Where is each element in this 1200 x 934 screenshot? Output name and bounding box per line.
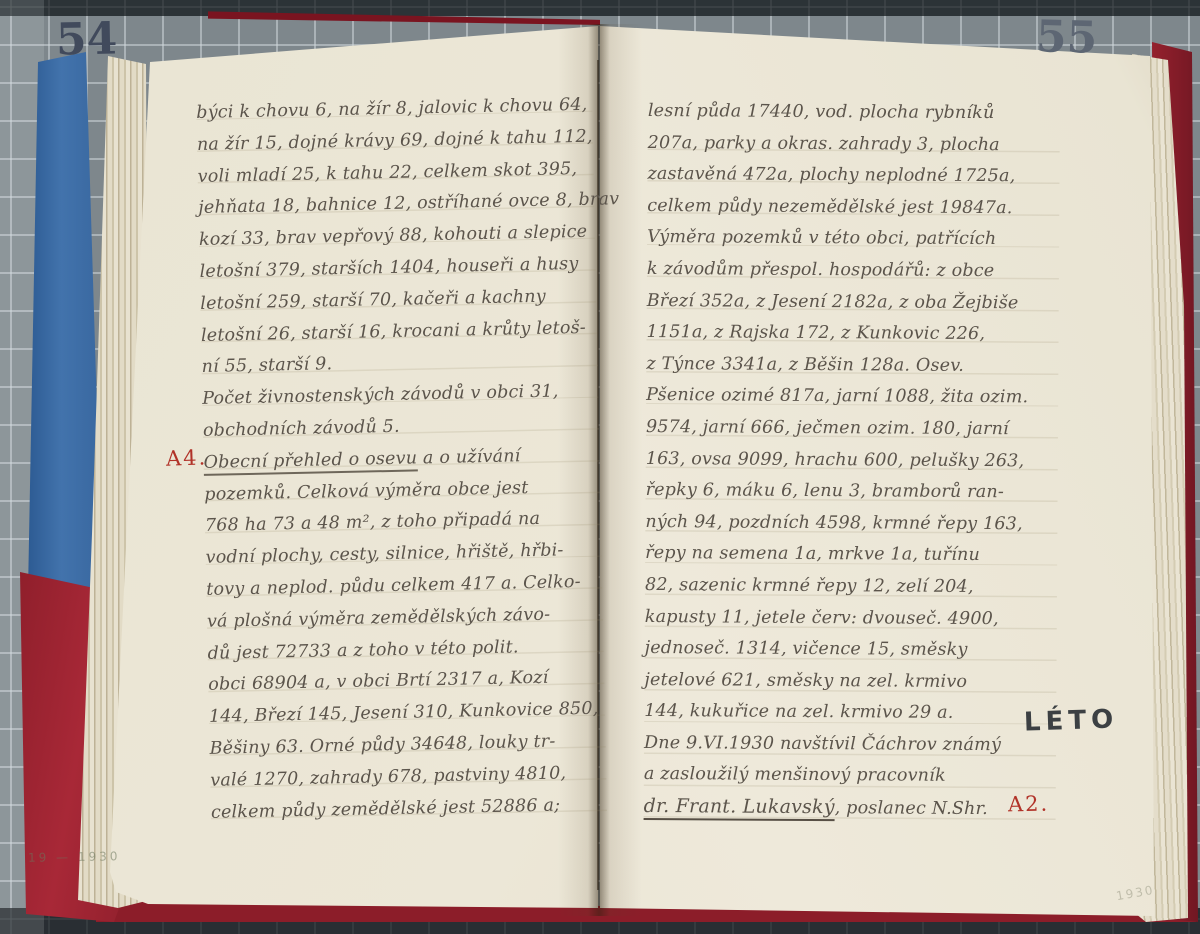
handwritten-line: zastavěná 472a, plochy neplodné 1725a,	[647, 159, 1059, 193]
margin-mark-a4: A4.	[166, 445, 208, 470]
handwritten-line: Pšenice ozimé 817a, jarní 1088, žita ozi…	[646, 380, 1058, 414]
handwritten-line: Březí 352a, z Jesení 2182a, z oba Žejbiš…	[647, 286, 1059, 320]
signature-line: dr. Frant. Lukavský, poslanec N.Shr.	[644, 791, 1056, 825]
handwritten-line: 82, sazenic krmné řepy 12, zelí 204,	[645, 570, 1057, 604]
handwriting-right-page: lesní půda 17440, vod. plocha rybníků207…	[644, 96, 1060, 825]
handwritten-line: řepky 6, máku 6, lenu 3, bramborů ran-	[645, 475, 1057, 509]
handwritten-line: celkem půdy nezemědělské jest 19847a.	[647, 191, 1059, 225]
handwritten-line: jednoseč. 1314, vičence 15, směsky	[645, 633, 1057, 667]
handwriting-left-page: býci k chovu 6, na žír 8, jalovic k chov…	[196, 90, 607, 829]
handwritten-line: 163, ovsa 9099, hrachu 600, pelušky 263,	[646, 444, 1058, 478]
archive-stamp-left: 19 — 1930	[28, 849, 121, 865]
paragraph-livestock-and-trades: býci k chovu 6, na žír 8, jalovic k chov…	[196, 90, 599, 448]
backdrop-shade-top	[0, 0, 1200, 16]
handwritten-line: 9574, jarní 666, ječmen ozim. 180, jarní	[646, 412, 1058, 446]
handwritten-line: ných 94, pozdních 4598, krmné řepy 163,	[645, 507, 1057, 541]
handwritten-line: a zasloužilý menšinový pracovník	[644, 759, 1056, 793]
handwritten-line: 144, kukuřice na zel. krmivo 29 a.	[644, 696, 1056, 730]
heading-underlined-text: Obecní přehled o osevu	[203, 448, 417, 475]
handwritten-line: z Týnce 3341a, z Běšin 128a. Osev.	[646, 349, 1058, 383]
page-number-right: 55	[1035, 11, 1098, 64]
signature-rest-text: , poslanec N.Shr.	[835, 798, 988, 819]
handwritten-line: 1151a, z Rajska 172, z Kunkovic 226,	[646, 317, 1058, 351]
handwritten-line: jetelové 621, směsky na zel. krmivo	[644, 665, 1056, 699]
paragraph-land-and-sowing: lesní půda 17440, vod. plocha rybníků207…	[644, 96, 1060, 794]
heading-rest-text: a o užívání	[417, 446, 521, 468]
page-number-left: 54	[56, 13, 118, 65]
signature-underlined-name: dr. Frant. Lukavský	[644, 795, 835, 821]
margin-mark-a2: A2.	[1008, 792, 1050, 817]
handwritten-line: lesní půda 17440, vod. plocha rybníků	[648, 96, 1060, 130]
handwritten-line: Výměra pozemků v této obci, patřících	[647, 222, 1059, 256]
handwritten-line: 207a, parky a okras. zahrady 3, plocha	[648, 128, 1060, 162]
handwritten-line: řepy na semena 1a, mrkve 1a, tuřínu	[645, 538, 1057, 572]
paragraph-land-survey: pozemků. Celková výměra obce jest768 ha …	[204, 471, 607, 829]
handwritten-line: Dne 9.VI.1930 navštívil Čáchrov známý	[644, 728, 1056, 762]
handwritten-line: k závodům přespol. hospodářů: z obce	[647, 254, 1059, 288]
season-note-leto: LÉTO	[1024, 704, 1119, 737]
handwritten-line: kapusty 11, jetele červ: dvouseč. 4900,	[645, 601, 1057, 635]
